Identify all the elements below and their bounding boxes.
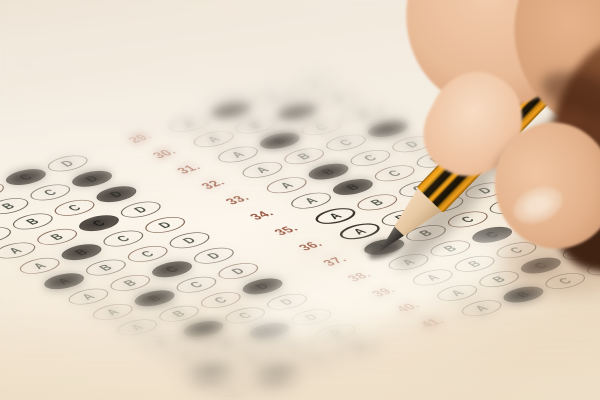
answer-bubble-letter: A (200, 368, 220, 378)
answer-bubble: A (212, 143, 265, 165)
answer-bubble: C (246, 85, 299, 107)
answer-bubble-letter: B (245, 120, 265, 130)
answer-bubble: D (66, 168, 119, 190)
answer-bubble: C (48, 197, 101, 219)
answer-bubble: D (236, 275, 289, 297)
answer-bubble-letter: D (402, 139, 422, 149)
question-number: 41. (382, 315, 448, 340)
answer-bubble: B (326, 176, 379, 198)
answer-bubble: A (309, 205, 362, 227)
answer-bubble: D (187, 244, 240, 266)
answer-bubble: B (153, 303, 206, 325)
answer-bubble-letter: A (447, 288, 467, 298)
answer-bubble-letter: D (131, 204, 151, 214)
answer-bubble-letter: B (367, 197, 387, 207)
answer-bubble: B (226, 349, 279, 371)
answer-bubble-letter: A (103, 307, 123, 317)
answer-bubble-letter: D (57, 158, 77, 168)
answer-bubble-letter: B (440, 243, 460, 253)
answer-bubble-letter: C (89, 218, 109, 228)
answer-bubble: C (0, 166, 52, 188)
answer-bubble: D (260, 291, 313, 313)
answer-bubble: A (163, 113, 216, 135)
answer-bubble-letter: A (471, 303, 491, 313)
answer-bubble: A (159, 347, 212, 369)
answer-bubble-letter: C (235, 310, 255, 320)
answer-bubble-letter: B (266, 370, 286, 380)
answer-bubble: D (288, 72, 341, 94)
answer-bubble: A (135, 332, 188, 354)
answer-bubble-letter: C (482, 230, 502, 240)
answer-bubble-letter: B (242, 355, 262, 365)
answer-bubble-letter: C (162, 264, 182, 274)
answer-bubble-letter: C (211, 295, 231, 305)
answer-bubble: B (104, 272, 157, 294)
answer-bubble: B (79, 256, 132, 278)
answer-bubble: B (31, 226, 84, 248)
answer-bubble-letter: A (78, 291, 98, 301)
answer-bubble: A (455, 297, 508, 319)
answer-bubble: A (38, 270, 91, 292)
answer-bubble: C (292, 350, 345, 372)
photo-answer-sheet-scene: ABCD29.ABCDABCD30.ABCDABCD31.ABCDABCD32.… (0, 0, 600, 400)
answer-bubble-letter: B (318, 166, 338, 176)
answer-bubble-letter: A (301, 195, 321, 205)
answer-bubble: D (114, 198, 167, 220)
answer-bubble-letter: A (29, 261, 49, 271)
answer-bubble: C (97, 227, 150, 249)
answer-bubble-letter: D (304, 78, 324, 88)
answer-bubble: B (6, 210, 59, 232)
answer-bubble-letter: B (221, 105, 241, 115)
answer-bubble-letter: A (350, 226, 370, 236)
answer-bubble: D (334, 337, 387, 359)
answer-bubble: B (250, 364, 303, 386)
answer-bubble-letter: C (40, 187, 60, 197)
hand-shadow (500, 222, 600, 297)
answer-bubble-letter: A (0, 230, 1, 240)
answer-bubble-letter: D (499, 201, 519, 211)
answer-bubble: C (121, 243, 174, 265)
answer-bubble-letter: A (224, 384, 244, 394)
answer-bubble-letter: A (203, 134, 223, 144)
answer-bubble-letter: A (127, 322, 147, 332)
answer-bubble: C (295, 116, 348, 138)
answer-bubble-letter: D (252, 281, 272, 291)
answer-bubble-letter: B (71, 247, 91, 257)
answer-bubble-letter: C (284, 341, 304, 351)
answer-bubble-letter: C (308, 356, 328, 366)
answer-bubble: B (201, 333, 254, 355)
answer-bubble-letter: A (252, 165, 272, 175)
answer-bubble: D (313, 87, 366, 109)
answer-bubble: B (205, 99, 258, 121)
answer-bubble: C (170, 273, 223, 295)
answer-bubble: D (285, 306, 338, 328)
answer-bubble: D (139, 214, 192, 236)
answer-bubble: D (483, 195, 536, 217)
answer-bubble: A (208, 378, 261, 400)
answer-bubble-letter: B (169, 309, 189, 319)
answer-bubble-letter: B (513, 289, 533, 299)
answer-bubble-letter: C (311, 122, 331, 132)
answer-bubble-letter: A (5, 245, 25, 255)
answer-bubble: B (448, 253, 501, 275)
answer-bubble-letter: D (106, 189, 126, 199)
answer-bubble: C (243, 320, 296, 342)
answer-bubble: A (285, 189, 338, 211)
answer-bubble-letter: D (155, 220, 175, 230)
answer-bubble: B (128, 287, 181, 309)
answer-bubble-letter: D (353, 108, 373, 118)
answer-bubble-letter: A (423, 272, 443, 282)
answer-bubble: D (386, 133, 439, 155)
answer-bubble-letter: A (325, 211, 345, 221)
answer-bubble: A (111, 316, 164, 338)
answer-bubble-letter: A (276, 180, 296, 190)
answer-bubble-letter: D (277, 297, 297, 307)
answer-bubble: C (344, 147, 397, 169)
answer-bubble: A (431, 282, 484, 304)
answer-bubble-letter: B (47, 232, 67, 242)
answer-bubble: D (41, 152, 94, 174)
answer-bubble-letter: C (263, 91, 283, 101)
answer-bubble: B (278, 145, 331, 167)
answer-bubble-letter: C (384, 168, 404, 178)
answer-bubble-letter: B (23, 216, 43, 226)
answer-bubble: A (86, 301, 139, 323)
answer-bubble: A (187, 128, 240, 150)
answer-bubble-letter: C (16, 172, 36, 182)
answer-bubble: C (219, 304, 272, 326)
answer-bubble: A (62, 285, 115, 307)
answer-bubble-letter: B (96, 262, 116, 272)
answer-bubble-letter: C (336, 137, 356, 147)
answer-bubble-letter: B (464, 259, 484, 269)
answer-bubble: D (90, 183, 143, 205)
answer-bubble-letter: C (113, 233, 133, 243)
answer-bubble: C (320, 131, 373, 153)
answer-bubble: D (212, 260, 265, 282)
answer-bubble-letter: B (120, 278, 140, 288)
answer-bubble-letter: B (343, 182, 363, 192)
answer-bubble: C (267, 335, 320, 357)
answer-bubble-letter: D (350, 343, 370, 353)
answer-bubble-letter: D (82, 174, 102, 184)
answer-bubble: C (368, 162, 421, 184)
answer-bubble-letter: B (144, 293, 164, 303)
answer-bubble: C (146, 258, 199, 280)
answer-bubble-letter: A (179, 119, 199, 129)
answer-bubble-letter: C (186, 280, 206, 290)
answer-bubble: D (309, 321, 362, 343)
answer-bubble-letter: A (151, 338, 171, 348)
answer-bubble: B (177, 318, 230, 340)
answer-bubble: B (351, 191, 404, 213)
answer-bubble-letter: C (137, 249, 157, 259)
answer-bubble: A (333, 220, 386, 242)
answer-bubble-letter: D (228, 266, 248, 276)
answer-bubble-letter: B (294, 151, 314, 161)
answer-bubble: C (194, 289, 247, 311)
answer-bubble-letter: A (176, 353, 196, 363)
answer-bubble: D (163, 229, 216, 251)
answer-bubble: A (260, 174, 313, 196)
answer-bubble: A (184, 362, 237, 384)
answer-bubble-letter: D (329, 93, 349, 103)
answer-bubble-letter: D (325, 327, 345, 337)
answer-bubble: B (55, 241, 108, 263)
answer-bubble: C (24, 181, 77, 203)
answer-bubble: C (271, 101, 324, 123)
answer-bubble: A (406, 266, 459, 288)
answer-bubble: B (229, 114, 282, 136)
answer-bubble-letter: B (193, 324, 213, 334)
answer-bubble-letter: B (217, 339, 237, 349)
answer-bubble-letter: A (228, 149, 248, 159)
answer-bubble-letter: C (64, 203, 84, 213)
answer-bubble-letter: D (301, 312, 321, 322)
answer-bubble-letter: D (378, 124, 398, 134)
answer-bubble: B (302, 160, 355, 182)
answer-bubble: B (253, 130, 306, 152)
answer-bubble: D (361, 118, 414, 140)
answer-bubble-letter: D (204, 251, 224, 261)
answer-bubble-letter: B (0, 201, 19, 211)
answer-bubble-letter: C (360, 153, 380, 163)
answer-bubble-letter: B (270, 136, 290, 146)
answer-bubble-letter: C (259, 326, 279, 336)
answer-bubble: D (337, 102, 390, 124)
answer-bubble-letter: D (179, 235, 199, 245)
answer-bubble: A (236, 159, 289, 181)
answer-bubble-letter: C (287, 107, 307, 117)
answer-bubble: C (73, 212, 126, 234)
answer-bubble: A (13, 255, 66, 277)
answer-bubble-letter: A (54, 276, 74, 286)
